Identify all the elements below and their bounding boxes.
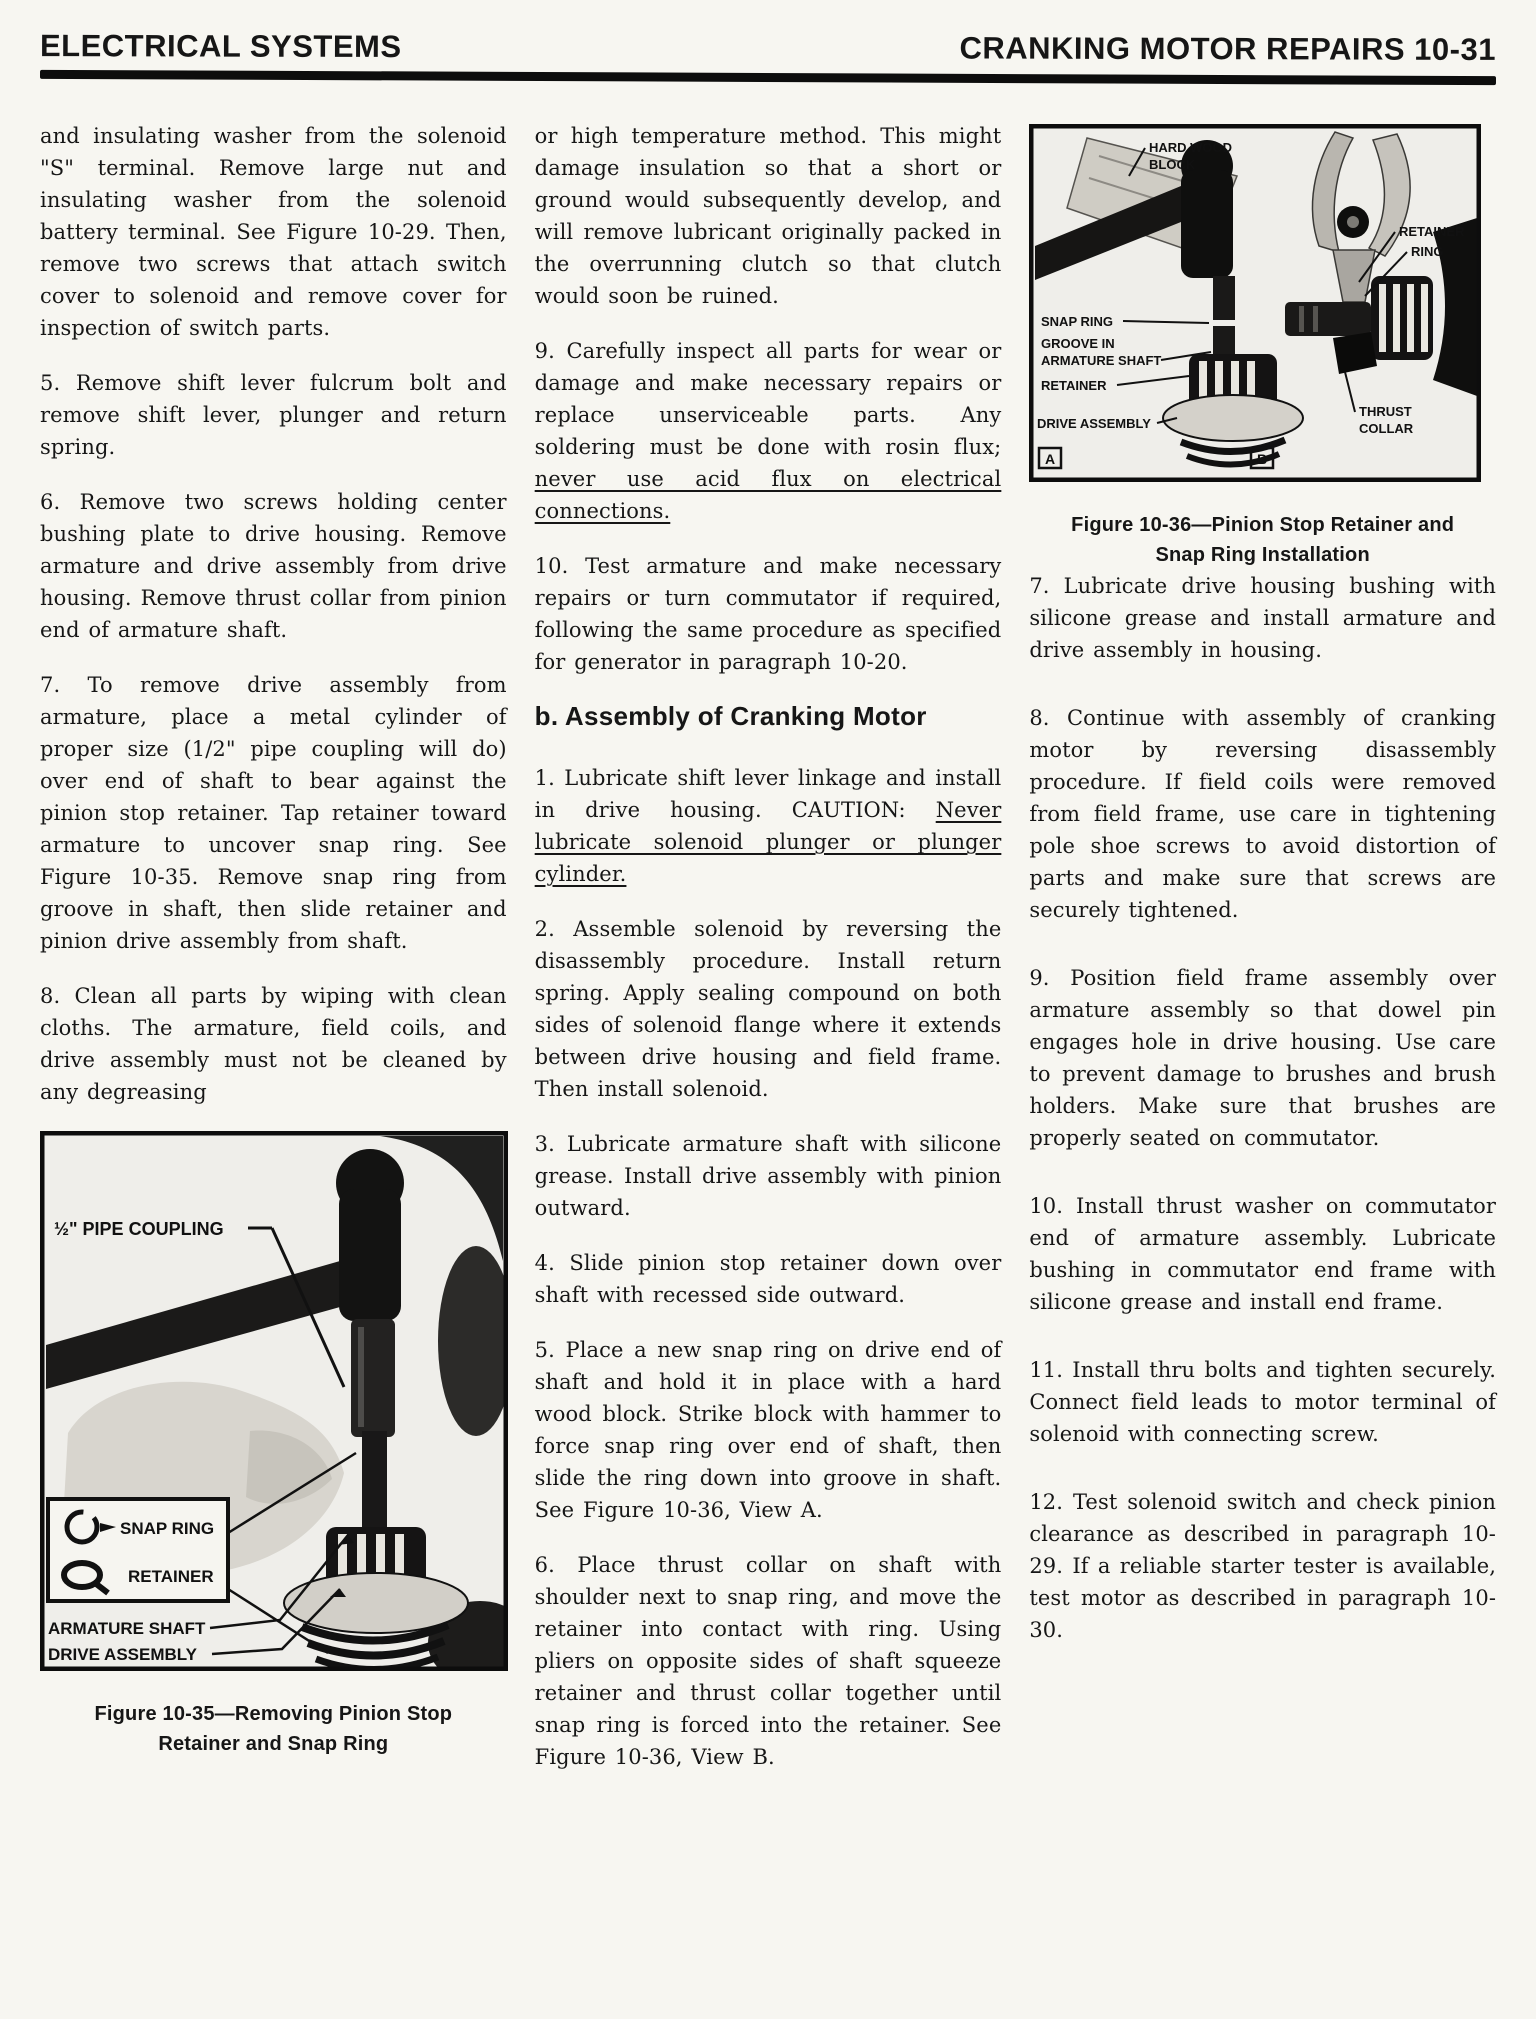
pliers-pivot bbox=[1347, 216, 1359, 228]
step-3-assembly: 3. Lubricate armature shaft with silicon… bbox=[535, 1128, 1002, 1224]
snap-ring-mark bbox=[1209, 320, 1239, 326]
step-8-disassembly: 8. Clean all parts by wiping with clean … bbox=[40, 980, 507, 1108]
step-1-text: 1. Lubricate shift lever linkage and ins… bbox=[535, 766, 1002, 822]
step-11-assembly: 11. Install thru bolts and tighten secur… bbox=[1029, 1354, 1496, 1450]
figure-10-36-caption: Figure 10-36—Pinion Stop Retainer and Sn… bbox=[1029, 510, 1496, 570]
caption-line: Figure 10-36—Pinion Stop Retainer and bbox=[1029, 510, 1496, 540]
step-10-disassembly: 10. Test armature and make necessary rep… bbox=[535, 550, 1002, 678]
snap-ring-label: SNAP RING bbox=[1041, 314, 1113, 329]
thrust-collar-label: THRUST bbox=[1359, 404, 1412, 419]
figure-10-35-photo: ½" PIPE COUPLING SNAP RING RETAINER AR bbox=[40, 1131, 508, 1671]
column-middle: or high temperature method. This might d… bbox=[535, 120, 1002, 1796]
hard-wood-block-label: BLOCK bbox=[1149, 157, 1196, 172]
step-5-assembly: 5. Place a new snap ring on drive end of… bbox=[535, 1334, 1002, 1526]
thrust-collar-label: COLLAR bbox=[1359, 421, 1414, 436]
figure-10-35: ½" PIPE COUPLING SNAP RING RETAINER AR bbox=[40, 1131, 507, 1759]
step-8-assembly: 8. Continue with assembly of cranking mo… bbox=[1029, 702, 1496, 926]
shaft-ridge bbox=[1299, 306, 1304, 332]
hard-wood-block-label: HARD WOOD bbox=[1149, 140, 1232, 155]
text-columns: and insulating washer from the solenoid … bbox=[40, 120, 1496, 1796]
header-chapter-title: CRANKING MOTOR REPAIRS 10-31 bbox=[959, 31, 1496, 68]
step-10-assembly: 10. Install thrust washer on commutator … bbox=[1029, 1190, 1496, 1318]
manual-page: ELECTRICAL SYSTEMS CRANKING MOTOR REPAIR… bbox=[0, 0, 1536, 1796]
view-a-marker: A bbox=[1045, 451, 1055, 467]
step-9-text: 9. Carefully inspect all parts for wear … bbox=[535, 339, 1002, 459]
figure-10-35-caption: Figure 10-35—Removing Pinion Stop Retain… bbox=[40, 1699, 507, 1759]
gear-tooth bbox=[1407, 284, 1414, 352]
caption-line: Figure 10-35—Removing Pinion Stop bbox=[40, 1699, 507, 1729]
pipe-coupling bbox=[351, 1319, 395, 1437]
drive-assembly bbox=[1163, 395, 1303, 441]
step-9-assembly: 9. Position field frame assembly over ar… bbox=[1029, 962, 1496, 1154]
armature-shaft-label: ARMATURE SHAFT bbox=[48, 1619, 206, 1638]
page-header: ELECTRICAL SYSTEMS CRANKING MOTOR REPAIR… bbox=[40, 28, 1496, 68]
column-left: and insulating washer from the solenoid … bbox=[40, 120, 507, 1796]
step-4-assembly: 4. Slide pinion stop retainer down over … bbox=[535, 1247, 1002, 1311]
hammer-head bbox=[1181, 170, 1233, 278]
step-6-disassembly: 6. Remove two screws holding center bush… bbox=[40, 486, 507, 646]
armature-shaft bbox=[362, 1431, 387, 1531]
step-1-assembly: 1. Lubricate shift lever linkage and ins… bbox=[535, 762, 1002, 890]
section-heading-assembly: b. Assembly of Cranking Motor bbox=[535, 701, 1002, 732]
pipe-coupling-label: ½" PIPE COUPLING bbox=[54, 1219, 224, 1239]
figure-10-36-photo: HARD WOOD BLOCK SNAP RING GROOVE IN ARMA… bbox=[1029, 124, 1481, 482]
figure-10-36: HARD WOOD BLOCK SNAP RING GROOVE IN ARMA… bbox=[1029, 124, 1496, 570]
gear-tooth bbox=[1379, 284, 1386, 352]
header-section-title: ELECTRICAL SYSTEMS bbox=[40, 28, 402, 65]
retainer-label: RETAINER bbox=[1399, 224, 1465, 239]
armature-shaft bbox=[1213, 276, 1235, 356]
armature-shaft bbox=[1285, 302, 1371, 336]
caption-line: Retainer and Snap Ring bbox=[40, 1729, 507, 1759]
snap-ring-label: SNAP RING bbox=[120, 1519, 214, 1538]
step-5-disassembly: 5. Remove shift lever fulcrum bolt and r… bbox=[40, 367, 507, 463]
step-2-assembly: 2. Assemble solenoid by reversing the di… bbox=[535, 913, 1002, 1105]
step-9-underlined-text: never use acid flux on electrical connec… bbox=[535, 467, 1002, 523]
groove-label: GROOVE IN bbox=[1041, 336, 1115, 351]
drive-assembly-label: DRIVE ASSEMBLY bbox=[48, 1645, 198, 1664]
step-7-assembly: 7. Lubricate drive housing bushing with … bbox=[1029, 570, 1496, 666]
view-b-marker: B bbox=[1257, 451, 1267, 467]
paragraph-continuation: or high temperature method. This might d… bbox=[535, 120, 1002, 312]
step-9-disassembly: 9. Carefully inspect all parts for wear … bbox=[535, 335, 1002, 527]
retainer-label: RETAINER bbox=[1041, 378, 1107, 393]
groove-label: ARMATURE SHAFT bbox=[1041, 353, 1161, 368]
step-7-disassembly: 7. To remove drive assembly from armatur… bbox=[40, 669, 507, 957]
gear-tooth bbox=[1393, 284, 1400, 352]
hammer-head bbox=[339, 1189, 401, 1321]
retainer-label: RETAINER bbox=[128, 1567, 214, 1586]
header-rule bbox=[40, 70, 1496, 85]
drive-assembly-label: DRIVE ASSEMBLY bbox=[1037, 416, 1151, 431]
step-6-assembly: 6. Place thrust collar on shaft with sho… bbox=[535, 1549, 1002, 1773]
step-12-assembly: 12. Test solenoid switch and check pinio… bbox=[1029, 1486, 1496, 1646]
column-right: HARD WOOD BLOCK SNAP RING GROOVE IN ARMA… bbox=[1029, 120, 1496, 1796]
pipe-coupling-highlight bbox=[358, 1327, 364, 1427]
ring-label: RING bbox=[1411, 244, 1444, 259]
paragraph-continuation: and insulating washer from the solenoid … bbox=[40, 120, 507, 344]
caption-line: Snap Ring Installation bbox=[1029, 540, 1496, 570]
gear-tooth bbox=[1421, 284, 1428, 352]
shaft-ridge bbox=[1313, 306, 1318, 332]
